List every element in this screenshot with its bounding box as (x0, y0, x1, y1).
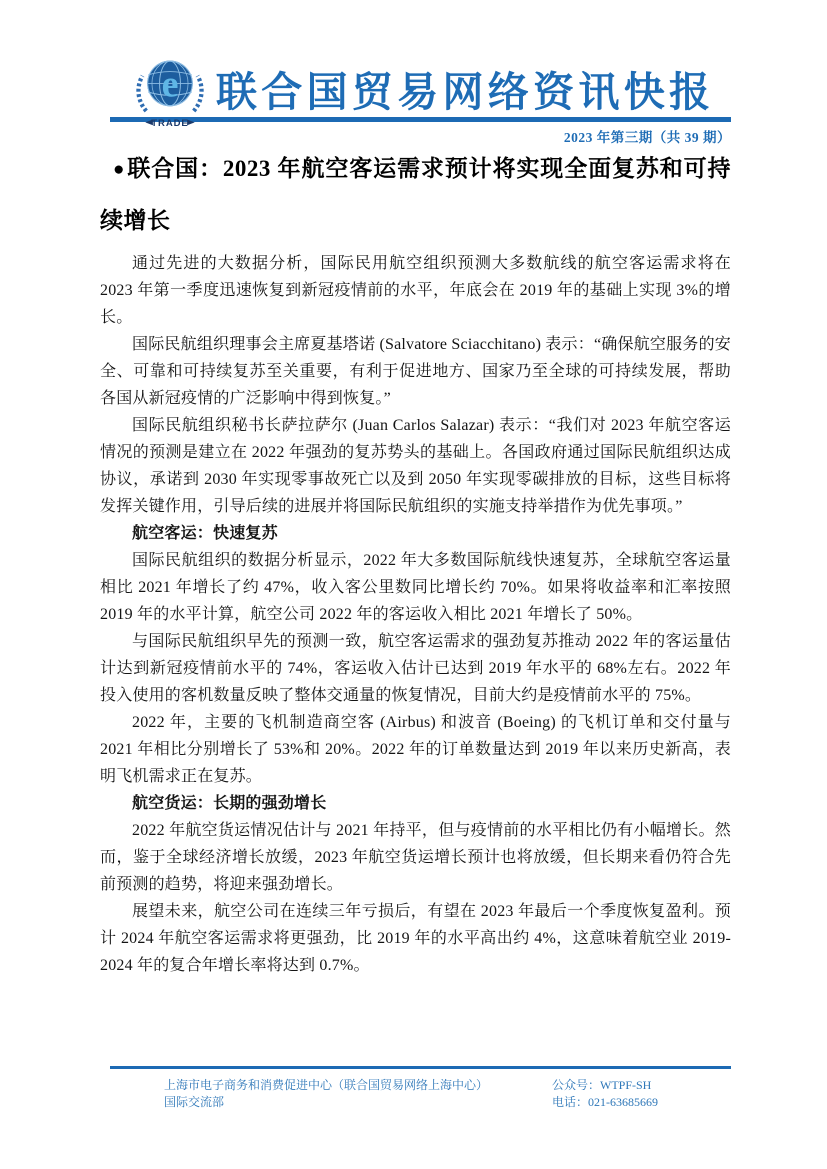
footer-org-line1: 上海市电子商务和消费促进中心（联合国贸易网络上海中心） (164, 1077, 544, 1094)
masthead-row: e TRADE 联合国贸易网络资讯快报 (132, 52, 712, 132)
masthead-title: 联合国贸易网络资讯快报 (208, 72, 712, 113)
laurel-right-icon (194, 76, 202, 111)
paragraph: 国际民航组织理事会主席夏基塔诺 (Salvatore Sciacchitano)… (100, 331, 731, 412)
footer-wechat-account: 公众号：WTPF-SH (552, 1077, 732, 1094)
laurel-left-icon (138, 76, 146, 111)
logo-trade-label: TRADE (151, 118, 188, 129)
paragraph: 与国际民航组织早先的预测一致，航空客运需求的强劲复苏推动 2022 年的客运量估… (100, 628, 731, 709)
section-heading: 航空货运：长期的强劲增长 (100, 790, 731, 817)
footer-divider (110, 1066, 731, 1069)
section-heading: 航空客运：快速复苏 (100, 520, 731, 547)
bullet-icon: ● (113, 159, 127, 180)
footer-organization: 上海市电子商务和消费促进中心（联合国贸易网络上海中心） 国际交流部 (164, 1077, 544, 1111)
article-headline-text: 联合国：2023 年航空客运需求预计将实现全面复苏和可持续增长 (100, 156, 731, 233)
paragraph: 2022 年，主要的飞机制造商空客 (Airbus) 和波音 (Boeing) … (100, 709, 731, 790)
document-page: e TRADE 联合国贸易网络资讯快报 2023 年第三期（共 39 期） ●联… (0, 0, 827, 1169)
paragraph: 展望未来，航空公司在连续三年亏损后，有望在 2023 年最后一个季度恢复盈利。预… (100, 898, 731, 979)
paragraph: 国际民航组织的数据分析显示，2022 年大多数国际航线快速复苏，全球航空客运量相… (100, 547, 731, 628)
footer-phone: 电话：021-63685669 (552, 1094, 732, 1111)
article-body: 通过先进的大数据分析，国际民用航空组织预测大多数航线的航空客运需求将在 2023… (100, 250, 731, 979)
article-headline: ●联合国：2023 年航空客运需求预计将实现全面复苏和可持续增长 (100, 143, 731, 246)
paragraph: 2022 年航空货运情况估计与 2021 年持平，但与疫情前的水平相比仍有小幅增… (100, 817, 731, 898)
paragraph: 国际民航组织秘书长萨拉萨尔 (Juan Carlos Salazar) 表示：“… (100, 412, 731, 520)
logo-e-letter: e (162, 64, 179, 106)
article: ●联合国：2023 年航空客运需求预计将实现全面复苏和可持续增长 通过先进的大数… (100, 143, 731, 979)
footer-contact: 公众号：WTPF-SH 电话：021-63685669 (552, 1077, 732, 1111)
paragraph: 通过先进的大数据分析，国际民用航空组织预测大多数航线的航空客运需求将在 2023… (100, 250, 731, 331)
globe-e-trade-logo: e TRADE (132, 52, 208, 132)
footer-org-line2: 国际交流部 (164, 1094, 544, 1111)
